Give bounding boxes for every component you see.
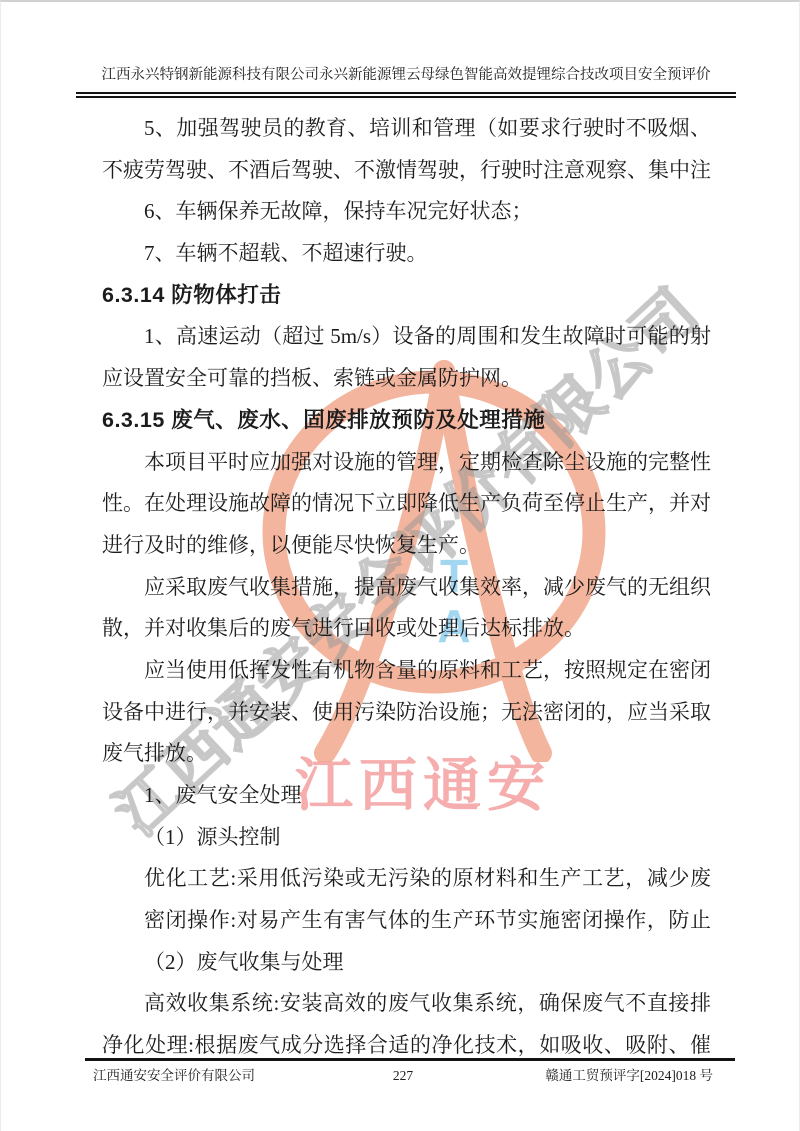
- body-line: 1、废气安全处理: [102, 775, 711, 817]
- footer-company: 江西通安安全评价有限公司: [93, 1066, 255, 1086]
- section-heading-6-3-14: 6.3.14 防物体打击: [102, 275, 711, 317]
- document-page: T A 江西通安安全评价有限公司 江西通安 江西永兴特钢新能源科技有限公司永兴新…: [0, 0, 800, 1131]
- header-double-rule: [76, 92, 736, 98]
- body-line: （2）废气收集与处理: [102, 942, 711, 984]
- section-heading-6-3-15: 6.3.15 废气、废水、固废排放预防及处理措施: [102, 400, 711, 442]
- footer-doc-number: 赣通工贸预评字[2024]018 号: [545, 1066, 713, 1086]
- body-line: 应采取废气收集措施，提高废气收集效率，减少废气的无组织排放与逸: [102, 567, 711, 609]
- body-line: 应当使用低挥发性有机物含量的原料和工艺，按照规定在密闭空间或者: [102, 650, 711, 692]
- document-body: 5、加强驾驶员的教育、培训和管理（如要求行驶时不吸烟、不谈话、 不疲劳驾驶、不酒…: [102, 108, 711, 1067]
- body-line: 优化工艺:采用低污染或无污染的原材料和生产工艺，减少废气产生。: [102, 858, 711, 900]
- body-line: 本项目平时应加强对设施的管理，定期检查除尘设施的完整性及可用: [102, 442, 711, 484]
- page-footer: 227 江西通安安全评价有限公司 赣通工贸预评字[2024]018 号: [93, 1066, 713, 1086]
- body-line: 设备中进行，并安装、使用污染防治设施；无法密闭的，应当采取措施减少: [102, 692, 711, 734]
- body-line: 1、高速运动（超过 5m/s）设备的周围和发生故障时可能的射程区域、: [102, 316, 711, 358]
- body-line: 高效收集系统:安装高效的废气收集系统，确保废气不直接排放至大气中: [102, 983, 711, 1025]
- body-line: 6、车辆保养无故障，保持车况完好状态；: [102, 191, 711, 233]
- body-line: 7、车辆不超载、不超速行驶。: [102, 233, 711, 275]
- body-line: 密闭操作:对易产生有害气体的生产环节实施密闭操作，防止气体泄漏。: [102, 900, 711, 942]
- page-header-title: 江西永兴特钢新能源科技有限公司永兴新能源锂云母绿色智能高效提锂综合技改项目安全预…: [76, 64, 736, 86]
- body-line: （1）源头控制: [102, 817, 711, 859]
- body-line: 应设置安全可靠的挡板、索链或金属防护网。: [102, 358, 711, 400]
- body-line: 进行及时的维修，以便能尽快恢复生产。: [102, 525, 711, 567]
- body-line: 净化处理:根据废气成分选择合适的净化技术，如吸收、吸附、催化燃烧、生: [102, 1025, 711, 1067]
- body-line: 5、加强驾驶员的教育、培训和管理（如要求行驶时不吸烟、不谈话、: [102, 108, 711, 150]
- body-line: 不疲劳驾驶、不酒后驾驶、不激情驾驶，行驶时注意观察、集中注意力等）；: [102, 150, 711, 192]
- body-line: 散，并对收集后的废气进行回收或处理后达标排放。: [102, 608, 711, 650]
- body-line: 废气排放。: [102, 733, 711, 775]
- body-line: 性。在处理设施故障的情况下立即降低生产负荷至停止生产，并对处理设施: [102, 483, 711, 525]
